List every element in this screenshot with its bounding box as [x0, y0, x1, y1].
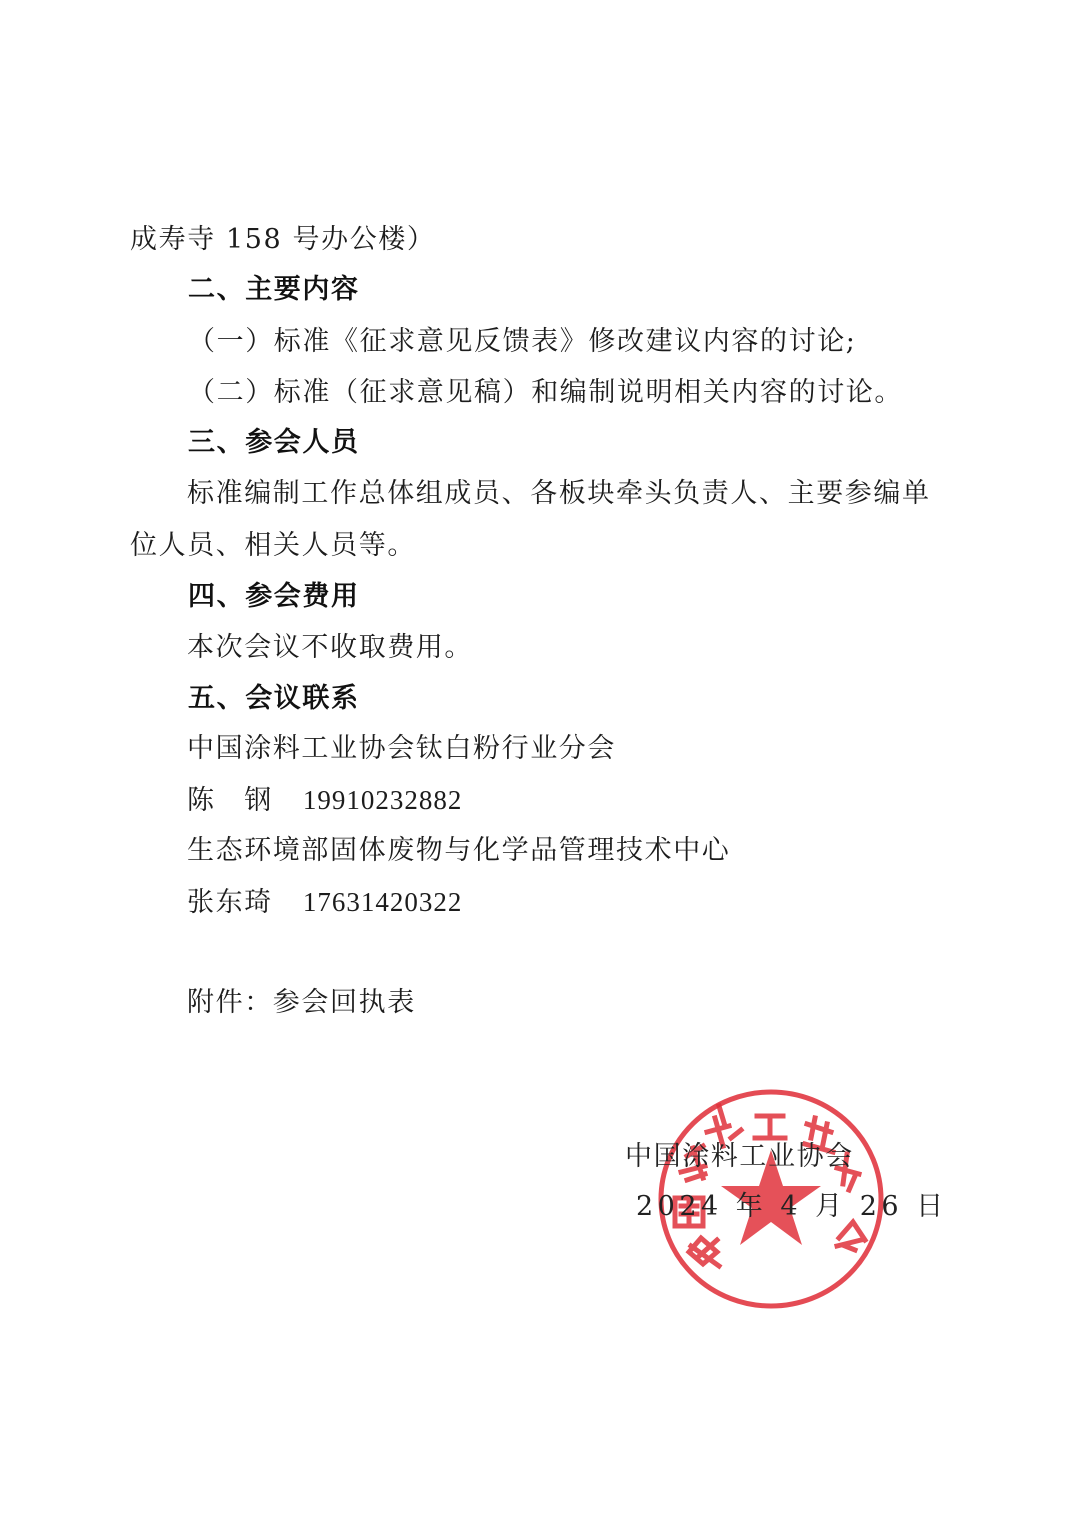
- contact-name-2: 张东琦: [187, 887, 273, 918]
- attachment-note: 附件：参会回执表: [187, 986, 416, 1020]
- contact-phone-2: 17631420322: [303, 887, 463, 917]
- contact-phone-1: 19910232882: [303, 785, 463, 815]
- signature-organization: 中国涂料工业协会: [625, 1140, 854, 1174]
- content-item-1: （一）标准《征求意见反馈表》修改建议内容的讨论;: [188, 325, 857, 359]
- contact-person-1: 陈 钢19910232882: [187, 783, 462, 818]
- content-item-2: （二）标准（征求意见稿）和编制说明相关内容的讨论。: [188, 376, 903, 410]
- attendees-paragraph-line-1: 标准编制工作总体组成员、各板块牵头负责人、主要参编单: [187, 477, 931, 511]
- contact-name-1: 陈 钢: [187, 785, 273, 816]
- contact-organization-1: 中国涂料工业协会钛白粉行业分会: [187, 732, 616, 766]
- contact-person-2: 张东琦17631420322: [187, 885, 462, 920]
- section-heading-contact: 五、会议联系: [188, 682, 360, 716]
- signature-date: 2024 年 4 月 26 日: [636, 1190, 948, 1224]
- section-heading-attendees: 三、参会人员: [188, 426, 360, 460]
- fees-paragraph: 本次会议不收取费用。: [187, 631, 473, 665]
- contact-organization-2: 生态环境部固体废物与化学品管理技术中心: [187, 834, 730, 868]
- attendees-paragraph-line-2: 位人员、相关人员等。: [130, 529, 416, 563]
- section-heading-fees: 四、参会费用: [188, 580, 360, 614]
- address-continuation: 成寿寺 158 号办公楼）: [130, 223, 436, 257]
- section-heading-main-content: 二、主要内容: [188, 273, 360, 307]
